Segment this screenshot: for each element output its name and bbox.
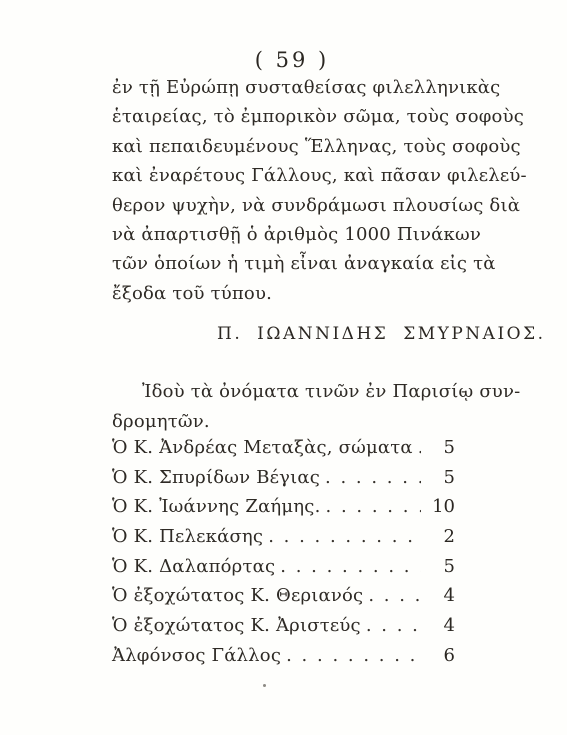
subscriber-name: Ὁ Κ. Πελεκάσης bbox=[112, 522, 263, 552]
body-line: θερον ψυχὴν, νὰ συνδράμωσι πλουσίως διὰ bbox=[112, 191, 472, 220]
subscriber-row: Ὁ Κ. Πελεκάσης . . . . . . . . . . . . .… bbox=[112, 522, 472, 552]
subscriber-row: Ἀλφόνσος Γάλλος . . . . . . . . . . . . … bbox=[112, 641, 472, 671]
subscriber-count: 4 bbox=[421, 611, 472, 641]
print-artifact-dash: - bbox=[461, 381, 466, 400]
subscriber-count: 4 bbox=[421, 581, 472, 611]
dot-leader: . . . . . . . . . . . . bbox=[280, 552, 421, 582]
subscriber-name: Ὁ Κ. Σπυρίδων Βέγιας bbox=[112, 463, 320, 493]
dot-leader: . . . . . . bbox=[366, 611, 421, 641]
body-line: ἑταιρείας, τὸ ἐμπορικὸν σῶμα, τοὺς σοφοὺ… bbox=[112, 102, 472, 131]
body-line: τῶν ὁποίων ἡ τιμὴ εἶναι ἀναγκαία εἰς τὰ bbox=[112, 249, 472, 278]
subscriber-row: Ὁ Κ. Ἀνδρέας Μεταξὰς, σώματα . . 5 bbox=[112, 433, 472, 463]
dot-leader: . . . . . . . . . . . . bbox=[286, 641, 421, 671]
body-line: καὶ πεπαιδευμένους Ἕλληνας, τοὺς σοφοὺς bbox=[112, 132, 472, 161]
body-paragraph: ἐν τῇ Εὐρώπῃ συσταθείσας φιλελληνικὰς ἑτ… bbox=[112, 73, 472, 308]
book-page-scan: ( 59 ) ἐν τῇ Εὐρώπῃ συσταθείσας φιλελλην… bbox=[0, 0, 567, 735]
dot-leader: . . . . . . . . . . . . . . bbox=[268, 522, 421, 552]
intro-paragraph: Ἰδοὺ τὰ ὀνόματα τινῶν ἐν Παρισίῳ συν- δρ… bbox=[112, 377, 472, 437]
subscriber-count: 5 bbox=[421, 552, 472, 582]
scan-speck bbox=[263, 684, 266, 687]
subscriber-name: Ἀλφόνσος Γάλλος bbox=[112, 641, 281, 671]
subscriber-list: Ὁ Κ. Ἀνδρέας Μεταξὰς, σώματα . . 5 Ὁ Κ. … bbox=[112, 433, 472, 671]
subscriber-count: 5 bbox=[421, 463, 472, 493]
subscriber-row: Ὁ Κ. Ἰωάννης Ζαήμης. . . . . . . . . . .… bbox=[112, 492, 472, 522]
body-line: καὶ ἐναρέτους Γάλλους, καὶ πᾶσαν φιλελεύ… bbox=[112, 161, 472, 190]
signature-line: Π. ΙΩΑΝΝΙΔΗΣ ΣΜΥΡΝΑΙΟΣ. bbox=[217, 324, 546, 344]
subscriber-name: Ὁ ἐξοχώτατος Κ. Ἀριστεύς bbox=[112, 611, 361, 641]
subscriber-row: Ὁ ἐξοχώτατος Κ. Ἀριστεύς . . . . . . 4 bbox=[112, 611, 472, 641]
intro-line: Ἰδοὺ τὰ ὀνόματα τινῶν ἐν Παρισίῳ συν- bbox=[112, 377, 472, 407]
body-line: νὰ ἀπαρτισθῇ ὁ ἀριθμὸς 1000 Πινάκων bbox=[112, 220, 472, 249]
dot-leader: . . . . . . bbox=[368, 581, 421, 611]
body-line: ἐν τῇ Εὐρώπῃ συσταθείσας φιλελληνικὰς bbox=[112, 73, 472, 102]
dot-leader: . . . . . . . . . bbox=[325, 463, 421, 493]
subscriber-name: Ὁ Κ. Δαλαπόρτας bbox=[112, 552, 275, 582]
subscriber-row: Ὁ Κ. Δαλαπόρτας . . . . . . . . . . . . … bbox=[112, 552, 472, 582]
subscriber-count: 10 bbox=[421, 492, 472, 522]
dot-leader: . . . . . . . . . . bbox=[326, 492, 422, 522]
subscriber-count: 2 bbox=[421, 522, 472, 552]
subscriber-row: Ὁ ἐξοχώτατος Κ. Θεριανός . . . . . . 4 bbox=[112, 581, 472, 611]
subscriber-count: 5 bbox=[421, 433, 472, 463]
subscriber-name: Ὁ Κ. Ἀνδρέας Μεταξὰς, σώματα bbox=[112, 433, 413, 463]
subscriber-name: Ὁ ἐξοχώτατος Κ. Θεριανός bbox=[112, 581, 363, 611]
body-line: ἔξοδα τοῦ τύπου. bbox=[112, 279, 472, 308]
subscriber-row: Ὁ Κ. Σπυρίδων Βέγιας . . . . . . . . . 5 bbox=[112, 463, 472, 493]
page-number: ( 59 ) bbox=[112, 48, 472, 72]
subscriber-count: 6 bbox=[421, 641, 472, 671]
subscriber-name: Ὁ Κ. Ἰωάννης Ζαήμης. bbox=[112, 492, 321, 522]
